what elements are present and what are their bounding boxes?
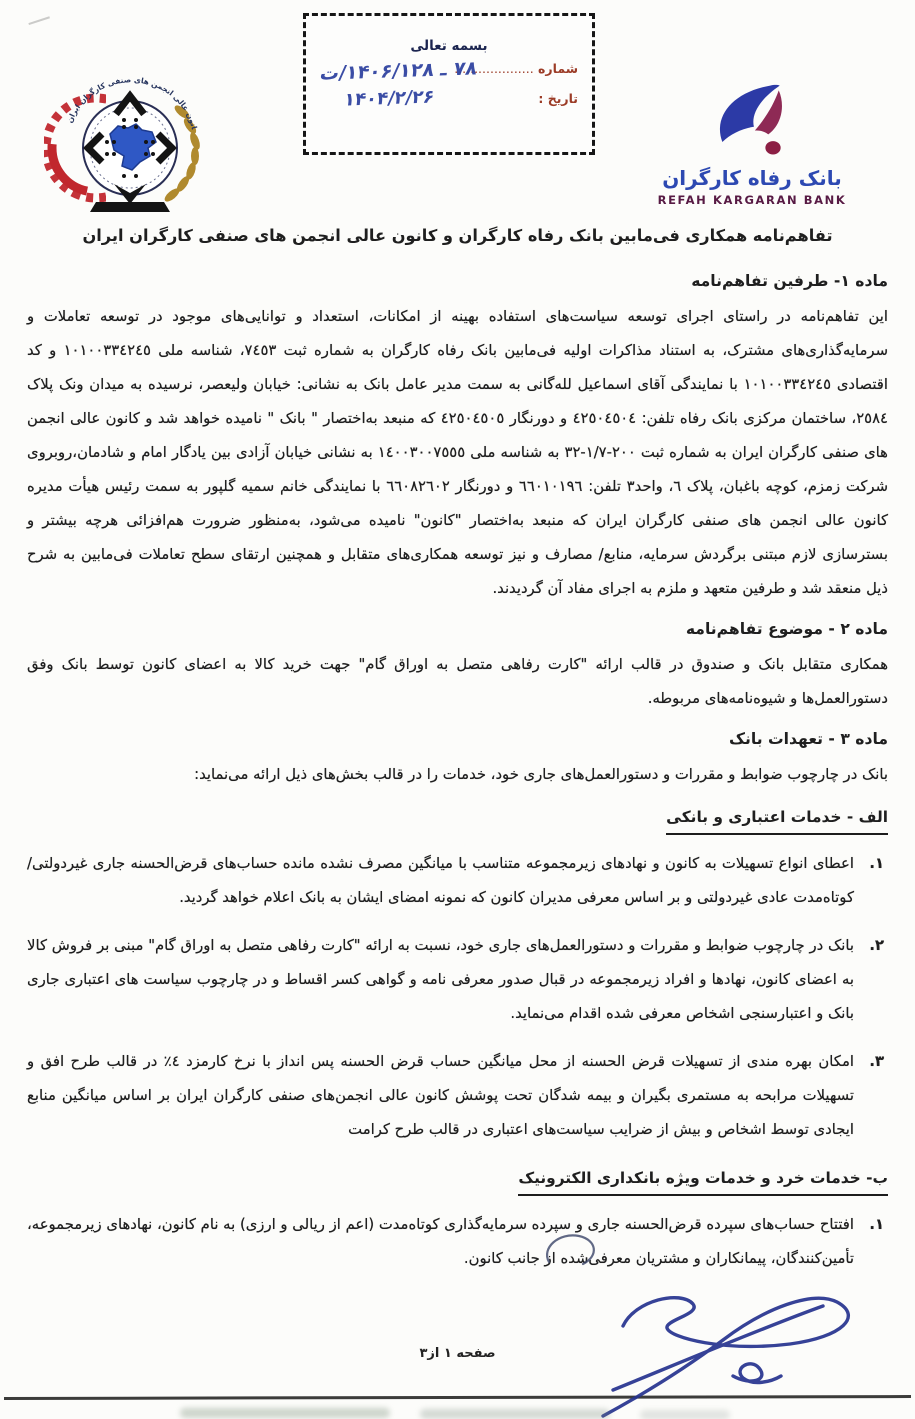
pen-circle-mark-icon (537, 1228, 607, 1272)
document-title: تفاهم‌نامه همکاری فی‌مابین بانک رفاه کار… (27, 224, 888, 248)
article1-body: این تفاهم‌نامه در راستای اجرای توسعه سیا… (27, 300, 888, 606)
scan-smudge (420, 1409, 610, 1419)
scan-smudge (180, 1408, 390, 1418)
emblem-banner (90, 202, 170, 212)
registry-stamp-box: بسمه تعالی شماره .................... ۷۸… (303, 13, 595, 155)
section-b-heading: ب- خدمات خرد و خدمات ویژه بانکداری الکتر… (518, 1165, 888, 1196)
item-number: ۲. (869, 929, 884, 963)
item-text: امکان بهره مندی از تسهیلات قرض الحسنه از… (27, 1053, 854, 1138)
item-number: ۱. (869, 1208, 884, 1242)
bank-name-farsi: بانک رفاه کارگران (618, 166, 886, 190)
scanned-mou-document-page: بسمه تعالی شماره .................... ۷۸… (0, 0, 915, 1419)
signature-icon (585, 1278, 915, 1419)
stamp-number-row: شماره .................... ۷۸ ـ ۱۴۰۶/۱۲۸… (306, 54, 592, 84)
item-number: ۱. (869, 847, 884, 881)
section-a-heading: الف - خدمات اعتباری و بانکی (666, 804, 888, 835)
stamp-date-row: تاریخ : ۱۴۰۴/۲/۲۶ (306, 84, 592, 114)
scan-smudge (640, 1410, 730, 1419)
list-item: ۲. بانک در چارچوب ضوابط و مقررات و دستور… (27, 929, 888, 1031)
refah-bank-logo: بانک رفاه کارگران REFAH KARGARAN BANK (618, 82, 886, 207)
refah-bank-logo-icon (709, 82, 795, 160)
workers-council-emblem-icon: کانون عالی انجمن های صنفی کارگران ایران (44, 52, 216, 216)
stamp-date-handwritten-value: ۱۴۰۴/۲/۲۶ (342, 82, 436, 115)
article2-heading: ماده ۲ - موضوع تفاهم‌نامه (27, 614, 888, 644)
article3-heading: ماده ۳ - تعهدات بانک (27, 724, 888, 754)
list-item: ۱. اعطای انواع تسهیلات به کانون و نهادها… (27, 847, 888, 915)
stamp-date-label: تاریخ : (538, 91, 578, 106)
scan-corner-artifact (24, 3, 50, 25)
item-text: بانک در چارچوب ضوابط و مقررات و دستورالع… (27, 937, 854, 1022)
article3-intro: بانک در چارچوب ضوابط و مقررات و دستورالع… (27, 758, 888, 792)
item-text: افتتاح حساب‌های سپرده قرض‌الحسنه جاری و … (27, 1216, 854, 1267)
stamp-number-label: شماره (538, 61, 578, 76)
list-item: ۳. امکان بهره مندی از تسهیلات قرض الحسنه… (27, 1045, 888, 1147)
item-number: ۳. (869, 1045, 884, 1079)
logo-dot (765, 141, 780, 154)
list-item: ۱. افتتاح حساب‌های سپرده قرض‌الحسنه جاری… (27, 1208, 888, 1276)
document-body: تفاهم‌نامه همکاری فی‌مابین بانک رفاه کار… (27, 224, 888, 1290)
besmeleh-text: بسمه تعالی (306, 38, 592, 54)
article1-heading: ماده ۱- طرفین تفاهم‌نامه (27, 266, 888, 296)
item-text: اعطای انواع تسهیلات به کانون و نهادهای ز… (27, 855, 854, 906)
bank-name-english: REFAH KARGARAN BANK (618, 193, 886, 207)
article2-body: همکاری متقابل بانک و صندوق در قالب ارائه… (27, 648, 888, 716)
